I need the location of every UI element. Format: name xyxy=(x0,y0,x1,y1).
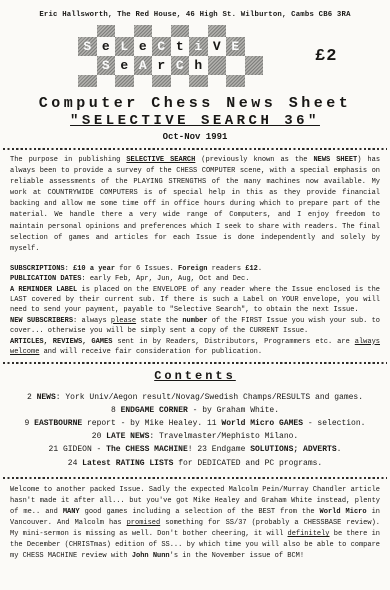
checker-cell xyxy=(226,56,245,75)
checker-letter-cell: i xyxy=(189,37,208,56)
checker-letter-cell: A xyxy=(134,56,153,75)
checker-letter-cell: C xyxy=(152,37,171,56)
checker-cell xyxy=(97,75,116,87)
publisher-address: Eric Hallsworth, The Red House, 46 High … xyxy=(0,0,390,19)
separator-line xyxy=(3,362,387,364)
separator-line xyxy=(3,148,387,150)
contents-heading: Contents xyxy=(0,369,390,383)
checker-cell xyxy=(226,75,245,87)
separator-line xyxy=(3,477,387,479)
checker-cell xyxy=(245,56,264,75)
contributions-line: ARTICLES, REVIEWS, GAMES sent in by Read… xyxy=(10,337,380,358)
checker-cell xyxy=(208,56,227,75)
checker-letter-cell: e xyxy=(97,37,116,56)
checker-cell xyxy=(152,25,171,37)
checker-cell xyxy=(245,75,264,87)
checker-letter-cell: E xyxy=(226,37,245,56)
contents-line: 2 NEWS: York Univ/Aegon result/Novag/Swe… xyxy=(0,391,390,404)
checker-letter-cell: S xyxy=(97,56,116,75)
checker-cell xyxy=(78,25,97,37)
checker-cell xyxy=(115,25,134,37)
new-subscribers-line: NEW SUBSCRIBERS: always please state the… xyxy=(10,316,380,337)
checker-letter-cell: V xyxy=(208,37,227,56)
checker-cell xyxy=(245,37,264,56)
checker-cell xyxy=(134,75,153,87)
checker-letter-cell: r xyxy=(152,56,171,75)
contents-line: 9 EASTBOURNE report - by Mike Healey. 11… xyxy=(0,417,390,430)
subscription-info-block: SUBSCRIPTIONS: £10 a year for 6 Issues. … xyxy=(10,264,380,358)
welcome-paragraph: Welcome to another packed Issue. Sadly t… xyxy=(10,485,380,563)
checker-cell xyxy=(189,75,208,87)
price-label: £2 xyxy=(315,47,337,66)
checker-letter-cell: S xyxy=(78,37,97,56)
checker-letter-cell: C xyxy=(171,56,190,75)
checker-cell xyxy=(78,56,97,75)
contents-line: 24 Latest RATING LISTS for DEDICATED and… xyxy=(0,457,390,470)
checker-cell xyxy=(134,25,153,37)
checker-cell xyxy=(245,25,264,37)
checker-cell xyxy=(78,75,97,87)
contents-line: 20 LATE NEWS: Travelmaster/Mephisto Mila… xyxy=(0,430,390,443)
masthead-logo: SeLeCtiVESeArCh £2 xyxy=(0,25,390,87)
issue-title: "SELECTIVE SEARCH 36" xyxy=(0,113,390,129)
reminder-label-line: A REMINDER LABEL is placed on the ENVELO… xyxy=(10,285,380,316)
checker-letter-cell: h xyxy=(189,56,208,75)
checker-row: SeLeCtiVE xyxy=(78,37,263,56)
contents-line: 21 GIDEON - The CHESS MACHINE! 23 Endgam… xyxy=(0,443,390,456)
checker-cell xyxy=(115,75,134,87)
newsletter-title: Computer Chess News Sheet xyxy=(0,95,390,112)
checker-cell xyxy=(226,25,245,37)
checker-letter-cell: e xyxy=(134,37,153,56)
newsletter-page: Eric Hallsworth, The Red House, 46 High … xyxy=(0,0,390,590)
checker-cell xyxy=(97,25,116,37)
checker-cell xyxy=(171,75,190,87)
checker-cell xyxy=(208,25,227,37)
checker-cell xyxy=(152,75,171,87)
contents-line: 8 ENDGAME CORNER - by Graham White. xyxy=(0,404,390,417)
checker-row: SeArCh xyxy=(78,56,263,75)
checker-row xyxy=(78,25,263,37)
issue-date: Oct-Nov 1991 xyxy=(0,132,390,143)
intro-paragraph: The purpose in publishing SELECTIVE SEAR… xyxy=(10,155,380,255)
contents-list: 2 NEWS: York Univ/Aegon result/Novag/Swe… xyxy=(0,391,390,470)
checker-letter-cell: L xyxy=(115,37,134,56)
checker-cell xyxy=(171,25,190,37)
logo-checkerboard: SeLeCtiVESeArCh xyxy=(78,25,263,87)
subscriptions-line: SUBSCRIPTIONS: £10 a year for 6 Issues. … xyxy=(10,264,380,274)
checker-letter-cell: t xyxy=(171,37,190,56)
masthead: Computer Chess News Sheet "SELECTIVE SEA… xyxy=(0,95,390,143)
checker-cell xyxy=(208,75,227,87)
publication-dates-line: PUBLICATION DATES: early Feb, Apr, Jun, … xyxy=(10,274,380,284)
checker-letter-cell: e xyxy=(115,56,134,75)
checker-row xyxy=(78,75,263,87)
checker-cell xyxy=(189,25,208,37)
